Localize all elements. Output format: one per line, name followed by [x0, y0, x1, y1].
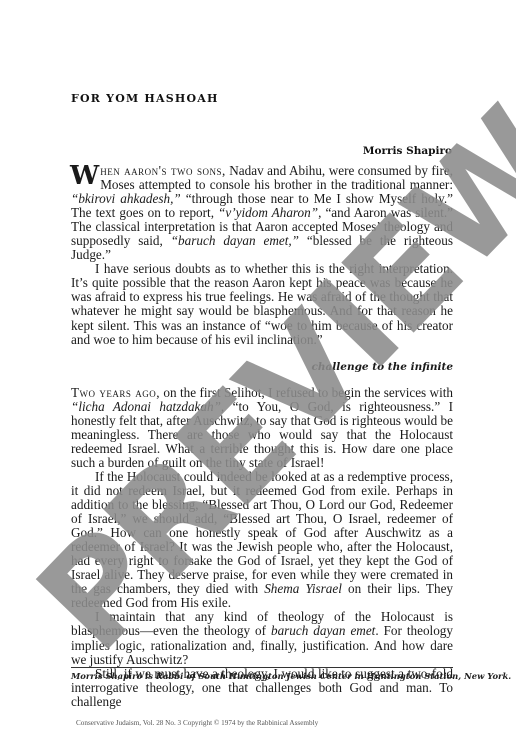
document-page: FOR YOM HASHOAH Morris Shapiro When aaro… — [0, 0, 516, 750]
section-title: FOR YOM HASHOAH — [71, 92, 219, 105]
paragraph-3: Two years ago, on the first Selihot, I r… — [71, 386, 453, 470]
lead-smallcaps: hen aaron's two sons, — [100, 163, 226, 178]
article-body: When aaron's two sons, Nadav and Abihu, … — [71, 164, 453, 709]
italic-run: “v’yidom Aharon” — [218, 205, 318, 220]
author-footnote: Morris Shapiro is Rabbi of South Hunting… — [71, 671, 453, 681]
italic-run: Shema Yisrael — [264, 581, 342, 596]
italic-run: baruch dayan emet — [271, 623, 375, 638]
italic-run: “licha Adonai hatzdakah” — [71, 399, 221, 414]
paragraph-1: When aaron's two sons, Nadav and Abihu, … — [71, 164, 453, 262]
subheading: challenge to the infinite — [71, 360, 453, 374]
drop-cap: W — [70, 166, 99, 186]
text-run: If the Holocaust could indeed be looked … — [71, 469, 453, 596]
paragraph-2: I have serious doubts as to whether this… — [71, 262, 453, 346]
paragraph-5: I maintain that any kind of theology of … — [71, 610, 453, 666]
lead-smallcaps: Two years ago, — [71, 385, 160, 400]
footnote-divider — [71, 667, 453, 668]
copyright-line: Conservative Judaism, Vol. 28 No. 3 Copy… — [76, 719, 318, 727]
paragraph-4: If the Holocaust could indeed be looked … — [71, 470, 453, 610]
author-name: Morris Shapiro — [363, 145, 452, 157]
italic-run: “baruch dayan emet,” — [171, 233, 299, 248]
text-run: on the first Selihot, I refused to begin… — [160, 385, 453, 400]
italic-run: “bkirovi ahkadesh,” — [71, 191, 181, 206]
